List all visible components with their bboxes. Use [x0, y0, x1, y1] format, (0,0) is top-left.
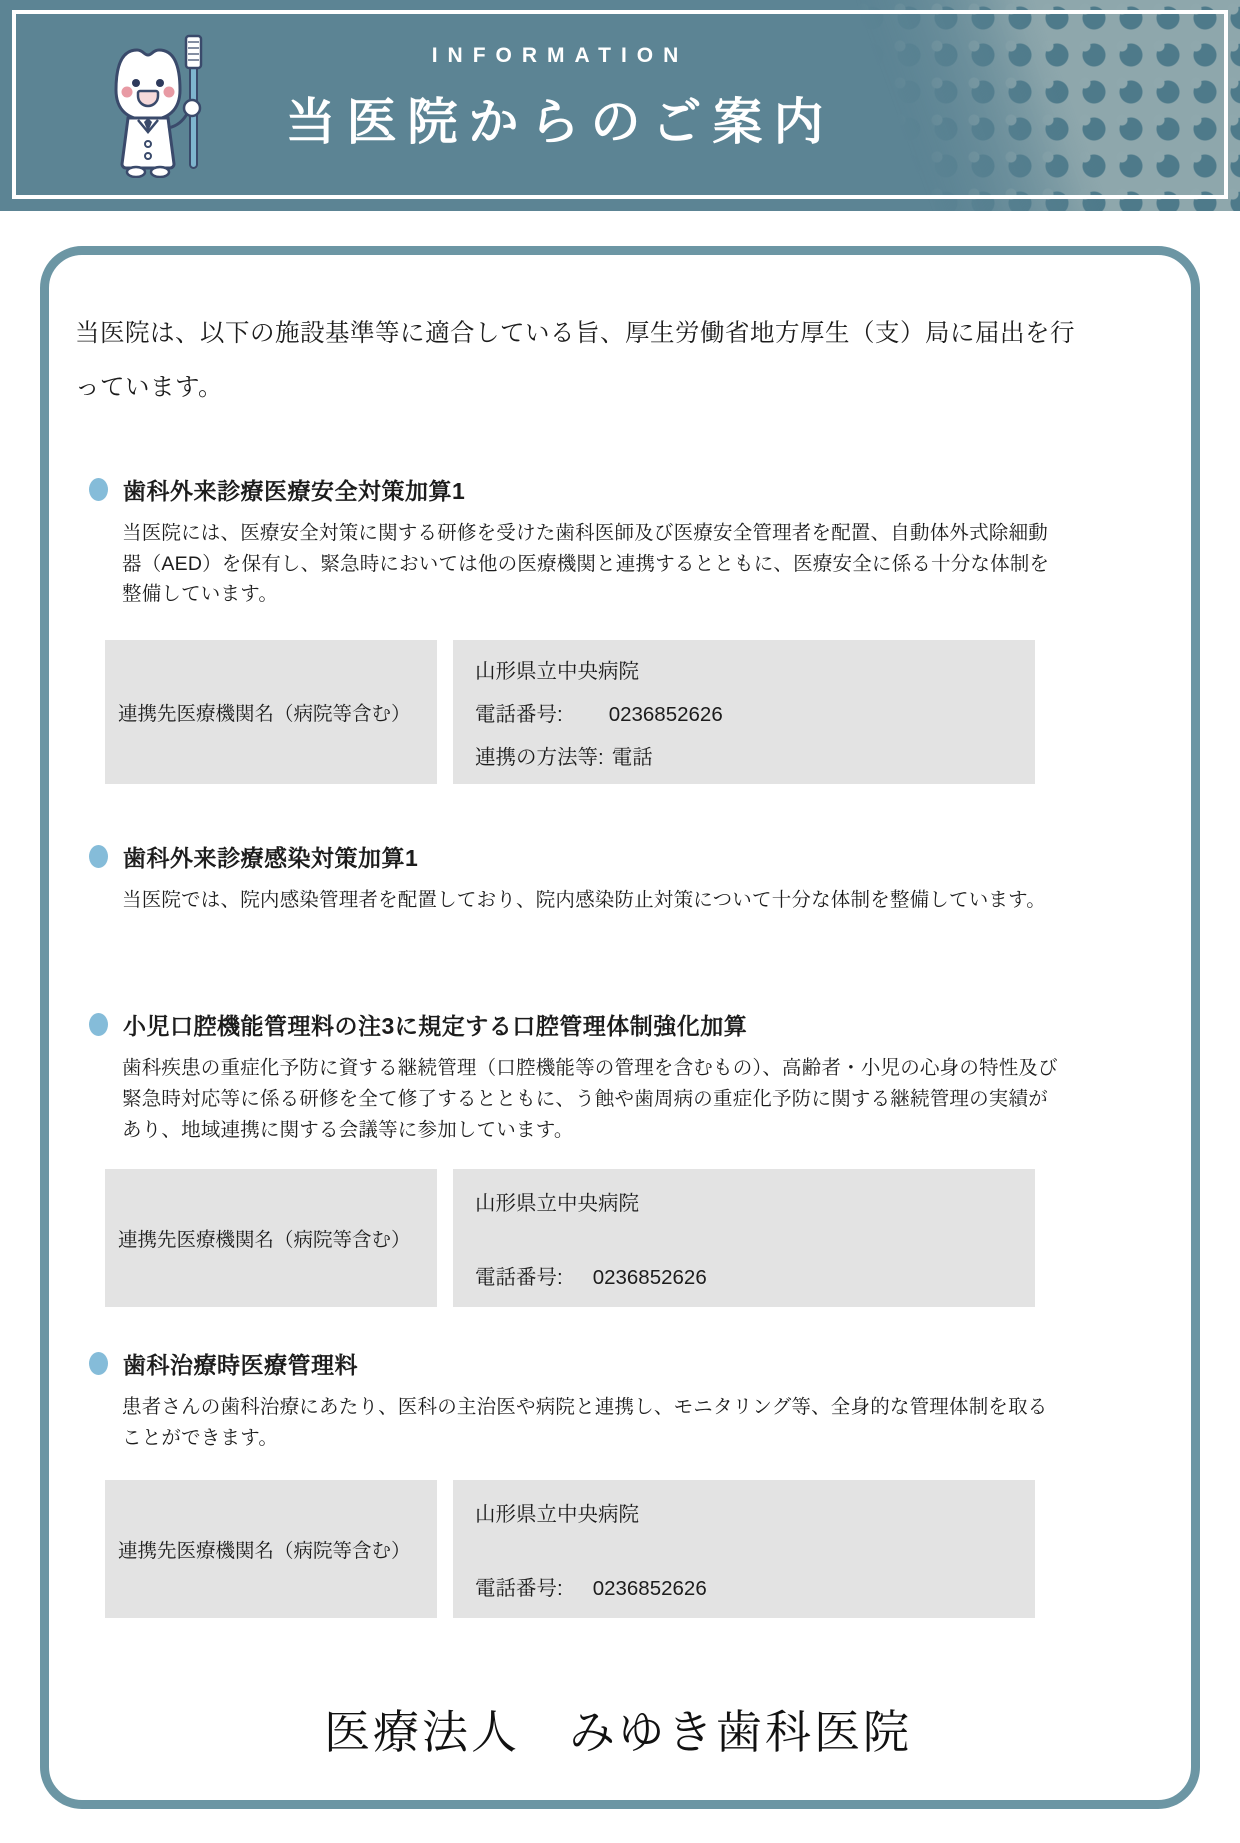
phone-row: 電話番号:0236852626	[475, 1571, 1025, 1601]
method-label: 連携の方法等:	[475, 746, 604, 769]
method-row: 連携の方法等:電話	[475, 740, 1025, 770]
page-title: 当医院からのご案内	[0, 82, 1120, 154]
table-label-cell: 連携先医療機関名（病院等含む）	[105, 1480, 437, 1618]
bullet-icon	[89, 478, 108, 501]
phone-number: 0236852626	[609, 703, 723, 726]
notice-card: 当医院は、以下の施設基準等に適合している旨、厚生労働省地方厚生（支）局に届出を行…	[40, 246, 1200, 1809]
partner-hospital-table: 連携先医療機関名（病院等含む） 山形県立中央病院 電話番号:0236852626…	[105, 640, 1035, 784]
table-label-cell: 連携先医療機関名（病院等含む）	[105, 1169, 437, 1307]
table-value-cell: 山形県立中央病院 電話番号:0236852626	[453, 1480, 1035, 1618]
hospital-name: 山形県立中央病院	[475, 1186, 1025, 1216]
intro-paragraph: 当医院は、以下の施設基準等に適合している旨、厚生労働省地方厚生（支）局に届出を行…	[75, 307, 1085, 415]
section-heading: 歯科外来診療医療安全対策加算1	[123, 473, 465, 506]
phone-number: 0236852626	[593, 1266, 707, 1289]
clinic-name: 医療法人 みゆき歯科医院	[75, 1696, 1161, 1762]
table-value-cell: 山形県立中央病院 電話番号:0236852626	[453, 1169, 1035, 1307]
phone-label: 電話番号:	[475, 1266, 563, 1289]
bullet-icon	[89, 1352, 108, 1375]
section-body: 患者さんの歯科治療にあたり、医科の主治医や病院と連携し、モニタリング等、全身的な…	[122, 1392, 1067, 1454]
partner-hospital-table: 連携先医療機関名（病院等含む） 山形県立中央病院 電話番号:0236852626	[105, 1480, 1035, 1618]
hospital-name: 山形県立中央病院	[475, 654, 1025, 684]
phone-label: 電話番号:	[475, 1577, 563, 1600]
bullet-icon	[89, 845, 108, 868]
phone-row: 電話番号:0236852626	[475, 697, 1025, 727]
partner-hospital-table: 連携先医療機関名（病院等含む） 山形県立中央病院 電話番号:0236852626	[105, 1169, 1035, 1307]
section-body: 当医院では、院内感染管理者を配置しており、院内感染防止対策について十分な体制を整…	[122, 885, 1067, 916]
phone-number: 0236852626	[593, 1577, 707, 1600]
section-infection-control: 歯科外来診療感染対策加算1 当医院では、院内感染管理者を配置しており、院内感染防…	[75, 840, 1161, 916]
section-heading: 歯科外来診療感染対策加算1	[123, 840, 418, 873]
hospital-name: 山形県立中央病院	[475, 1497, 1025, 1527]
bullet-icon	[89, 1013, 108, 1036]
header-banner: INFORMATION 当医院からのご案内	[0, 0, 1240, 211]
table-label-cell: 連携先医療機関名（病院等含む）	[105, 640, 437, 784]
phone-row: 電話番号:0236852626	[475, 1260, 1025, 1290]
section-pediatric-oral-management: 小児口腔機能管理料の注3に規定する口腔管理体制強化加算 歯科疾患の重症化予防に資…	[75, 1008, 1161, 1307]
section-medical-safety: 歯科外来診療医療安全対策加算1 当医院には、医療安全対策に関する研修を受けた歯科…	[75, 473, 1161, 784]
table-value-cell: 山形県立中央病院 電話番号:0236852626 連携の方法等:電話	[453, 640, 1035, 784]
information-label: INFORMATION	[0, 44, 1120, 68]
section-heading: 小児口腔機能管理料の注3に規定する口腔管理体制強化加算	[123, 1008, 747, 1041]
section-body: 歯科疾患の重症化予防に資する継続管理（口腔機能等の管理を含むもの）、高齢者・小児…	[122, 1053, 1067, 1145]
phone-label: 電話番号:	[475, 703, 563, 726]
section-heading: 歯科治療時医療管理料	[123, 1347, 358, 1380]
section-body: 当医院には、医療安全対策に関する研修を受けた歯科医師及び医療安全管理者を配置、自…	[122, 518, 1067, 610]
method-value: 電話	[612, 746, 653, 769]
section-dental-treatment-management: 歯科治療時医療管理料 患者さんの歯科治療にあたり、医科の主治医や病院と連携し、モ…	[75, 1347, 1161, 1618]
